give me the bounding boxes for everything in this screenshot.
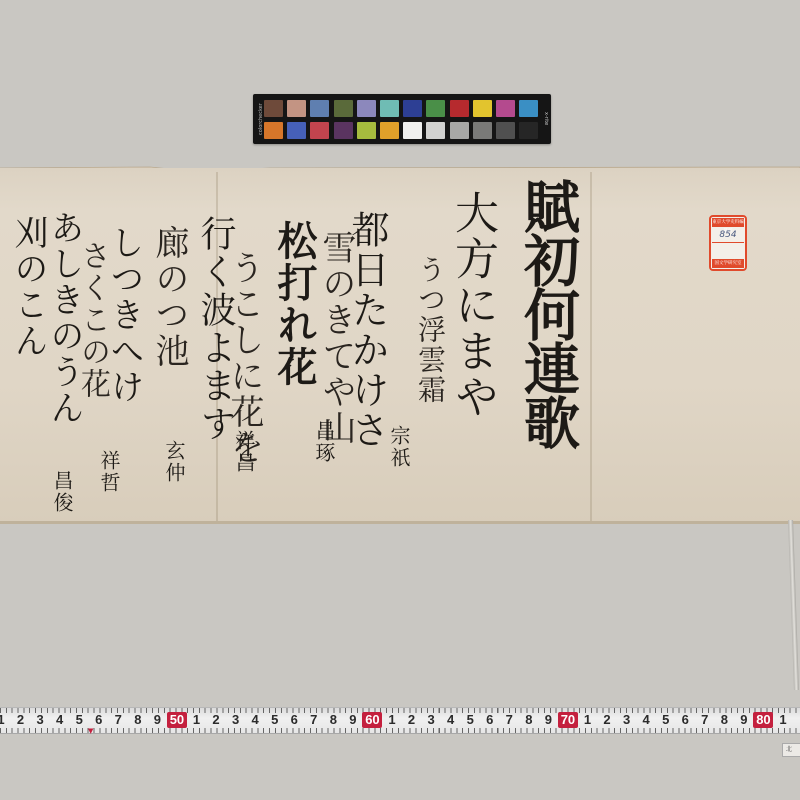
ruler-number: 4 [638,712,654,727]
ruler-number: 8 [325,712,341,727]
ruler-number: 70 [558,712,578,728]
paper-seam [590,172,592,522]
ruler-number: 8 [716,712,732,727]
ruler-number: 6 [482,712,498,727]
ruler-number: 3 [32,712,48,727]
ruler-number: 5 [462,712,478,727]
ruler-number: 1 [580,712,596,727]
ruler-number: 1 [384,712,400,727]
color-patch [450,100,469,117]
poet-name: 祥昌 [230,430,259,474]
ruler-number: 4 [247,712,263,727]
ruler-number: 3 [423,712,439,727]
ruler-number: 60 [362,712,382,728]
color-patch [403,100,422,117]
verse-column: 刈のこん [4,215,53,359]
color-patch [496,100,515,117]
color-patch [473,122,492,139]
ruler-number: 9 [345,712,361,727]
poet-name: 玄仲 [160,440,189,484]
color-patch [403,122,422,139]
ruler-number: 5 [658,712,674,727]
ruler-number: 50 [167,712,187,728]
ruler-number: 7 [697,712,713,727]
corner-tag: 北 [782,743,800,757]
color-patch [473,100,492,117]
color-patch-grid [264,100,538,139]
ruler-number: 8 [521,712,537,727]
color-patch [450,122,469,139]
label-header: 東京大学史料編纂所 [712,218,744,227]
ruler-number: 2 [404,712,420,727]
scroll-title: 賦初何連歌 [508,178,588,448]
verse-column: 行く波よます [190,215,241,443]
ruler-number: 3 [228,712,244,727]
poet-name: 昌琢 [310,420,339,464]
color-patch [496,122,515,139]
catalog-label: 東京大学史料編纂所 854 国文学研究室 [709,215,747,271]
verse-column: 廊のつ池 [145,225,194,369]
ruler-number: 5 [71,712,87,727]
color-patch [380,100,399,117]
ruler-number: 8 [130,712,146,727]
ruler-number: 2 [599,712,615,727]
color-patch [357,100,376,117]
color-patch [310,100,329,117]
color-patch [380,122,399,139]
ruler-number: 3 [619,712,635,727]
label-number: 854 [712,229,744,243]
ruler-number: 7 [501,712,517,727]
color-patch [334,100,353,117]
poet-name: 祥哲 [95,450,124,494]
ruler-marker-icon: ▼ [88,727,93,735]
ruler-number: 4 [443,712,459,727]
ruler-number: 6 [91,712,107,727]
poet-name: 昌俊 [48,470,77,514]
color-patch [426,122,445,139]
color-patch [287,122,306,139]
ruler-number: 9 [540,712,556,727]
ruler-number: 9 [736,712,752,727]
color-checker-card: colorchecker x-rite [253,94,551,144]
xrite-brand: x-rite [541,104,549,134]
ruler-number: 4 [52,712,68,727]
label-footer: 国文学研究室 [712,259,744,268]
color-patch [264,122,283,139]
color-patch [334,122,353,139]
color-patch [357,122,376,139]
ruler-number: 1 [0,712,9,727]
ruler-number: 7 [110,712,126,727]
measuring-ruler: 1234567895012345678960123456789701234567… [0,707,800,734]
verse-column: うつ浮雲霜 [410,255,450,405]
color-patch [426,100,445,117]
ruler-number: 80 [753,712,773,728]
ruler-ticks-bottom [0,728,800,733]
scroll-bottom-edge [0,521,800,524]
color-patch [287,100,306,117]
ruler-number: 1 [775,712,791,727]
ruler-number: 1 [189,712,205,727]
poet-name: 宗祇 [385,425,414,469]
ruler-number: 6 [286,712,302,727]
color-patch [310,122,329,139]
ruler-number: 7 [306,712,322,727]
scroll-tie-string [788,520,799,690]
ruler-number: 2 [208,712,224,727]
ruler-number: 2 [13,712,29,727]
ruler-number: 6 [677,712,693,727]
color-patch [264,100,283,117]
verse-column: 松打れ花 [266,220,323,388]
color-patch [519,122,538,139]
color-patch [519,100,538,117]
ruler-number: 5 [267,712,283,727]
ruler-number: 9 [149,712,165,727]
